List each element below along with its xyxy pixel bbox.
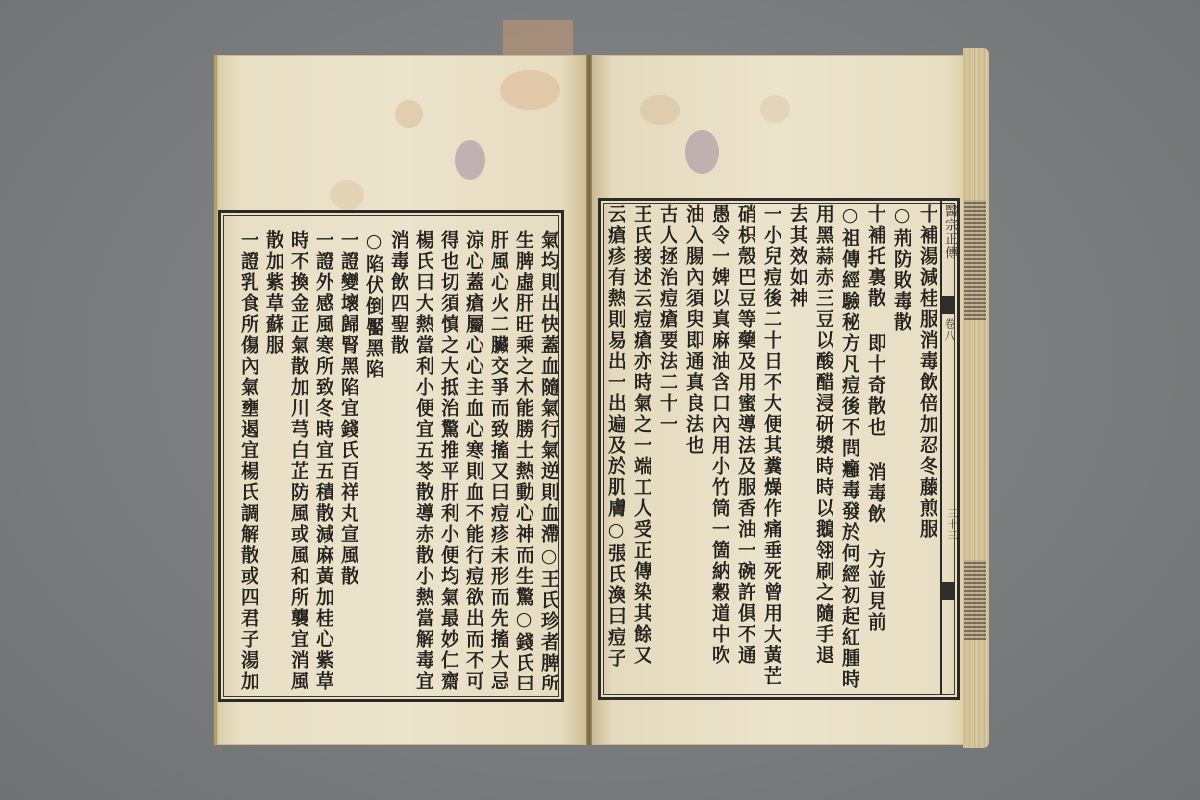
fold-volume-mark: 卷八 xyxy=(944,318,955,342)
edge-ink-mark xyxy=(964,560,986,640)
text-column: 時不換金正氣散加川芎白芷防風或風和所襲宜消風 xyxy=(283,230,308,690)
text-column: ○祖傳經驗秘方凡痘後不問癰毒發於何經初起紅腫時却 xyxy=(833,204,859,690)
text-column: 云瘡疹有熱則易出一出遍及於肌膚○張氏渙曰痘子 xyxy=(599,204,625,690)
edge-ink-mark xyxy=(964,200,986,320)
fold-margin-strip xyxy=(940,198,964,694)
open-book: 氣均則出快蓋血隨氣行氣逆則血滯○王氏珍者脾所 生脾虛肝旺乘之木能勝土熱動心神而生… xyxy=(0,0,1200,800)
text-column: 十補湯減桂服消毒飲倍加忍冬藤煎服 xyxy=(911,204,937,690)
fold-margin-title: 醫宗正傳 xyxy=(943,204,956,260)
ink-stain xyxy=(685,130,719,174)
right-text-columns: 十補湯減桂服消毒飲倍加忍冬藤煎服 ○荊防敗毒散 十補托裏散 即十奇散也 消毒飲 … xyxy=(603,204,937,690)
text-column: 消毒飲四聖散 xyxy=(383,230,408,690)
text-column: 氣均則出快蓋血隨氣行氣逆則血滯○王氏珍者脾所 xyxy=(533,230,558,690)
page-edge-stack xyxy=(963,48,989,748)
text-column: 肝風心火二臟交爭而致搐又曰痘疹未形而先搐大忌 xyxy=(483,230,508,690)
text-column: 去其效如神 xyxy=(781,204,807,690)
text-column: 得也切須慎之大抵治驚推平肝利小便均氣最妙仁齋 xyxy=(433,230,458,690)
water-stain xyxy=(760,95,790,123)
text-column: 油入腸內須臾即通真良法也 xyxy=(677,204,703,690)
fold-page-number: 三十三 xyxy=(945,508,955,541)
text-column: 一證外感風寒所致冬時宜五積散減麻黃加桂心紫草春 xyxy=(308,230,333,690)
text-column: 散加紫草蘇服 xyxy=(258,230,283,690)
text-column: 一證變壞歸腎黑陷宜錢氏百祥丸宣風散 xyxy=(333,230,358,690)
text-column: 生脾虛肝旺乘之木能勝土熱動心神而生驚○錢氏曰 xyxy=(508,230,533,690)
left-text-columns: 氣均則出快蓋血隨氣行氣逆則血滯○王氏珍者脾所 生脾虛肝旺乘之木能勝土熱動心神而生… xyxy=(222,230,558,690)
water-stain xyxy=(395,100,423,128)
text-column: 硝枳殼巴豆等藥及用蜜導法及服香油一碗許俱不通 xyxy=(729,204,755,690)
water-stain xyxy=(500,70,560,110)
book-spine-gutter xyxy=(586,55,592,745)
text-column: 愚令一婢以真麻油含口內用小竹筒一箇納穀道中吹 xyxy=(703,204,729,690)
text-column: 一證乳食所傷內氣壅遏宜楊氏調解散或四君子湯加縮 xyxy=(233,230,258,690)
text-column: 十補托裏散 即十奇散也 消毒飲 方並見前 xyxy=(859,204,885,690)
text-column: 王氏接述云痘瘡亦時氣之一端工人受正傳染其餘又 xyxy=(625,204,651,690)
fishtail-mark-icon xyxy=(941,296,955,314)
text-column: 楊氏曰大熱當利小便宜五苓散導赤散小熱當解毒宜 xyxy=(408,230,433,690)
section-heading-column: ○荊防敗毒散 xyxy=(885,204,911,690)
water-stain xyxy=(640,95,680,125)
text-column: 一小兒痘後二十日不大便其糞燥作痛垂死曾用大黃芒 xyxy=(755,204,781,690)
section-heading-column: 古人拯治痘瘡要法二十一 xyxy=(651,204,677,690)
ink-stain xyxy=(455,140,485,180)
text-column: 用黑蒜赤三豆以酸醋浸研漿時時以鵝翎刷之隨手退 xyxy=(807,204,833,690)
fishtail-mark-icon xyxy=(941,582,955,600)
water-stain xyxy=(330,180,364,210)
section-heading-column: ○陷伏倒靨黑陷 xyxy=(358,230,383,690)
text-column: 涼心蓋瘡屬心心主血心寒則血不能行痘欲出而不可 xyxy=(458,230,483,690)
